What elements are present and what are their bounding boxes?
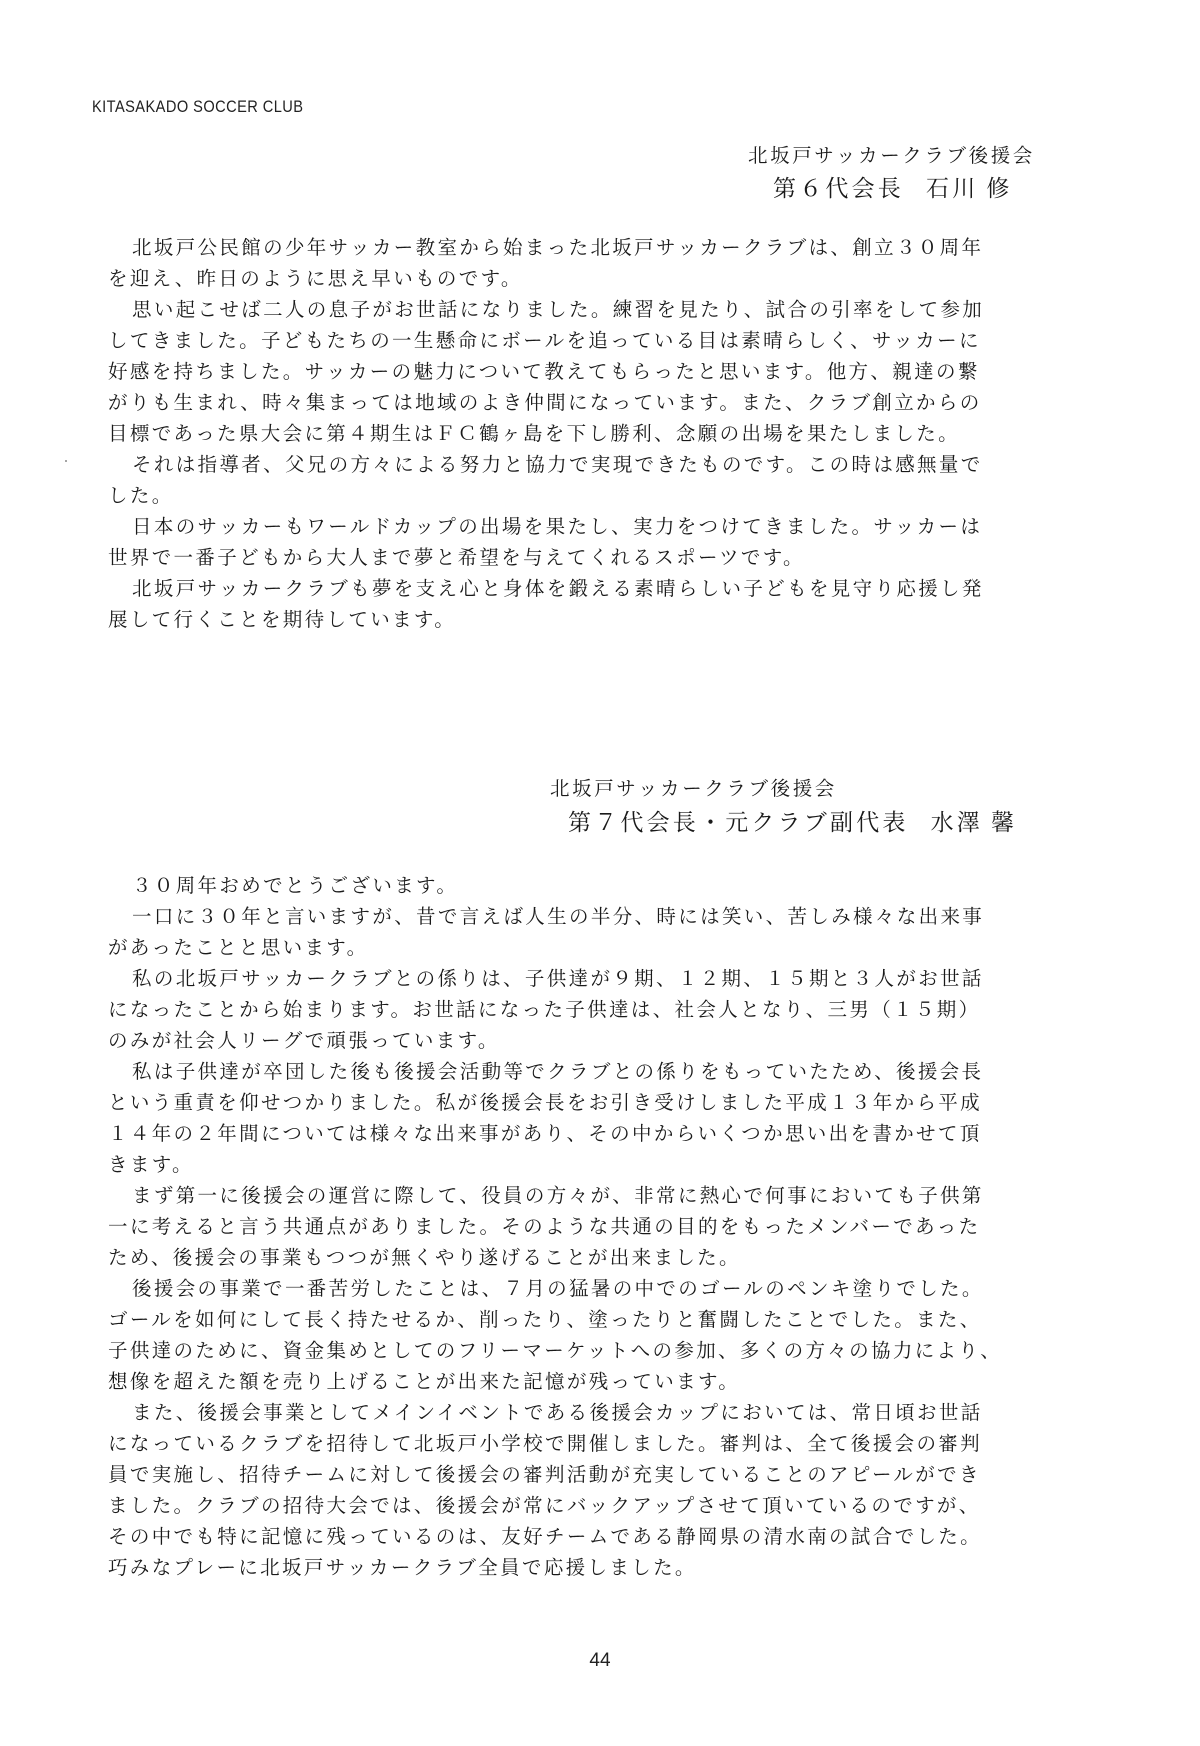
paragraph-line: その中でも特に記憶に残っているのは、友好チームである静岡県の清水南の試合でした。 bbox=[108, 1521, 1092, 1552]
section-2-organization: 北坂戸サッカークラブ後援会 bbox=[550, 773, 837, 801]
paragraph-line: 員で実施し、招待チームに対して後援会の審判活動が充実していることのアピールができ bbox=[108, 1459, 1092, 1490]
paragraph-line: まず第一に後援会の運営に際して、役員の方々が、非常に熱心で何事においても子供第 bbox=[110, 1180, 1092, 1211]
paragraph-line: ３０周年おめでとうございます。 bbox=[110, 870, 1092, 901]
section-1-role: 第６代会長 bbox=[773, 176, 904, 202]
paragraph-line: 思い起こせば二人の息子がお世話になりました。練習を見たり、試合の引率をして参加 bbox=[110, 294, 1092, 325]
paragraph-line: 一口に３０年と言いますが、昔で言えば人生の半分、時には笑い、苦しみ様々な出来事 bbox=[110, 901, 1092, 932]
paragraph-line: 好感を持ちました。サッカーの魅力について教えてもらったと思います。他方、親達の繋 bbox=[108, 356, 1092, 387]
section-1-given-name: 修 bbox=[986, 176, 1012, 202]
section-1-surname: 石川 bbox=[926, 176, 978, 202]
paragraph-line: また、後援会事業としてメインイベントである後援会カップにおいては、常日頃お世話 bbox=[110, 1397, 1092, 1428]
paragraph-line: 後援会の事業で一番苦労したことは、７月の猛暑の中でのゴールのペンキ塗りでした。 bbox=[110, 1273, 1092, 1304]
section-2-role: 第７代会長・元クラブ副代表 bbox=[568, 810, 909, 836]
page-number: 44 bbox=[0, 1650, 1200, 1672]
paragraph-line: 北坂戸公民館の少年サッカー教室から始まった北坂戸サッカークラブは、創立３０周年 bbox=[110, 232, 1092, 263]
paragraph-line: 北坂戸サッカークラブも夢を支え心と身体を鍛える素晴らしい子どもを見守り応援し発 bbox=[110, 573, 1092, 604]
paragraph-line: になっているクラブを招待して北坂戸小学校で開催しました。審判は、全て後援会の審判 bbox=[108, 1428, 1092, 1459]
document-header-club-name: KITASAKADO SOCCER CLUB bbox=[92, 97, 303, 117]
paragraph-line: 日本のサッカーもワールドカップの出場を果たし、実力をつけてきました。サッカーは bbox=[110, 511, 1092, 542]
paragraph-line: ゴールを如何にして長く持たせるか、削ったり、塗ったりと奮闘したことでした。また、 bbox=[108, 1304, 1092, 1335]
paragraph-line: のみが社会人リーグで頑張っています。 bbox=[108, 1025, 1092, 1056]
paragraph-line: 子供達のために、資金集めとしてのフリーマーケットへの参加、多くの方々の協力により… bbox=[108, 1335, 1092, 1366]
section-1-signature: 第６代会長石川修 bbox=[773, 170, 1013, 203]
paragraph-line: 一に考えると言う共通点がありました。そのような共通の目的をもったメンバーであった bbox=[108, 1211, 1092, 1242]
paragraph-line: してきました。子どもたちの一生懸命にボールを追っている目は素晴らしく、サッカーに bbox=[108, 325, 1092, 356]
paragraph-line: それは指導者、父兄の方々による努力と協力で実現できたものです。この時は感無量で bbox=[110, 449, 1092, 480]
section-2-body: ３０周年おめでとうございます。 一口に３０年と言いますが、昔で言えば人生の半分、… bbox=[110, 870, 1092, 1583]
paragraph-line: になったことから始まります。お世話になった子供達は、社会人となり、三男（１５期） bbox=[108, 994, 1092, 1025]
paragraph-line: した。 bbox=[108, 480, 1092, 511]
paragraph-line: がりも生まれ、時々集まっては地域のよき仲間になっています。また、クラブ創立からの bbox=[108, 387, 1092, 418]
paragraph-line: 私の北坂戸サッカークラブとの係りは、子供達が９期、１２期、１５期と３人がお世話 bbox=[110, 963, 1092, 994]
paragraph-line: きます。 bbox=[108, 1149, 1092, 1180]
paragraph-line: 目標であった県大会に第４期生はＦＣ鶴ヶ島を下し勝利、念願の出場を果たしました。 bbox=[108, 418, 1092, 449]
scan-speck bbox=[118, 625, 120, 627]
scan-speck bbox=[65, 460, 67, 462]
section-2-given-name: 馨 bbox=[991, 810, 1017, 836]
section-1-organization: 北坂戸サッカークラブ後援会 bbox=[748, 140, 1035, 168]
section-2-signature: 第７代会長・元クラブ副代表水澤馨 bbox=[568, 804, 1017, 837]
paragraph-line: 想像を超えた額を売り上げることが出来た記憶が残っています。 bbox=[108, 1366, 1092, 1397]
paragraph-line: 巧みなプレーに北坂戸サッカークラブ全員で応援しました。 bbox=[108, 1552, 1092, 1583]
section-2-surname: 水澤 bbox=[931, 810, 983, 836]
paragraph-line: ました。クラブの招待大会では、後援会が常にバックアップさせて頂いているのですが、 bbox=[108, 1490, 1092, 1521]
paragraph-line: ため、後援会の事業もつつが無くやり遂げることが出来ました。 bbox=[108, 1242, 1092, 1273]
paragraph-line: があったことと思います。 bbox=[108, 932, 1092, 963]
section-1-body: 北坂戸公民館の少年サッカー教室から始まった北坂戸サッカークラブは、創立３０周年 … bbox=[110, 232, 1092, 635]
paragraph-line: 私は子供達が卒団した後も後援会活動等でクラブとの係りをもっていたため、後援会長 bbox=[110, 1056, 1092, 1087]
paragraph-line: を迎え、昨日のように思え早いものです。 bbox=[108, 263, 1092, 294]
paragraph-line: という重責を仰せつかりました。私が後援会長をお引き受けしました平成１３年から平成 bbox=[108, 1087, 1092, 1118]
paragraph-line: １４年の２年間については様々な出来事があり、その中からいくつか思い出を書かせて頂 bbox=[108, 1118, 1092, 1149]
paragraph-line: 展して行くことを期待しています。 bbox=[108, 604, 1092, 635]
paragraph-line: 世界で一番子どもから大人まで夢と希望を与えてくれるスポーツです。 bbox=[108, 542, 1092, 573]
